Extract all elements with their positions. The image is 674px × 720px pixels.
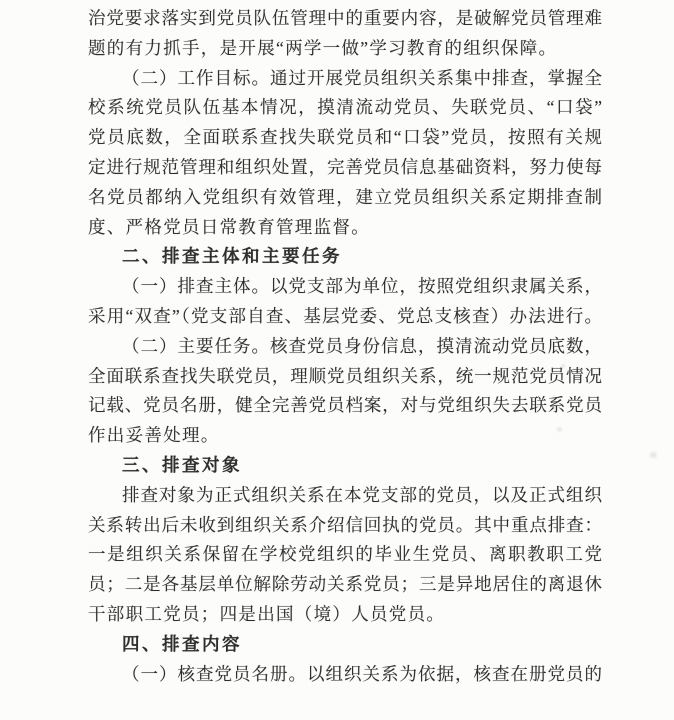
document-page: 治党要求落实到党员队伍管理中的重要内容，是破解党员管理难题的有力抓手，是开展“两…: [0, 0, 674, 720]
text-line: 一是组织关系保留在学校党组织的毕业生党员、离职教职工党: [88, 540, 602, 570]
text-line: 校系统党员队伍基本情况，摸清流动党员、失联党员、“口袋”: [88, 93, 602, 123]
heading-line: 三、排查对象: [88, 451, 602, 481]
text-line: 度、严格党员日常教育管理监督。: [88, 213, 602, 243]
text-line: 名党员都纳入党组织有效管理，建立党员组织关系定期排查制: [88, 183, 602, 213]
text-line: 题的有力抓手，是开展“两学一做”学习教育的组织保障。: [88, 34, 602, 64]
text-line: 作出妥善处理。: [88, 421, 602, 451]
text-line: 干部职工党员；四是出国（境）人员党员。: [88, 600, 602, 630]
document-text-block: 治党要求落实到党员队伍管理中的重要内容，是破解党员管理难题的有力抓手，是开展“两…: [88, 4, 602, 689]
scan-speck: [561, 364, 565, 368]
scan-speck: [650, 452, 657, 458]
text-line: 记载、党员名册，健全完善党员档案，对与党组织失去联系党员: [88, 391, 602, 421]
heading-line: 二、排查主体和主要任务: [88, 242, 602, 272]
text-line: 排查对象为正式组织关系在本党支部的党员，以及正式组织: [88, 481, 602, 511]
text-line: 定进行规范管理和组织处置，完善党员信息基础资料，努力使每: [88, 153, 602, 183]
text-line: （一）排查主体。以党支部为单位，按照党组织隶属关系，: [88, 272, 602, 302]
text-line: 治党要求落实到党员队伍管理中的重要内容，是破解党员管理难: [88, 4, 602, 34]
text-line: （二）工作目标。通过开展党员组织关系集中排查，掌握全: [88, 64, 602, 94]
text-line: 全面联系查找失联党员，理顺党员组织关系，统一规范党员情况: [88, 362, 602, 392]
text-line: 党员底数，全面联系查找失联党员和“口袋”党员，按照有关规: [88, 123, 602, 153]
scan-speck: [557, 427, 562, 432]
text-line: （一）核查党员名册。以组织关系为依据，核查在册党员的: [88, 660, 602, 690]
text-line: 关系转出后未收到组织关系介绍信回执的党员。其中重点排查：: [88, 511, 602, 541]
text-line: （二）主要任务。核查党员身份信息，摸清流动党员底数，: [88, 332, 602, 362]
text-line: 员；二是各基层单位解除劳动关系党员；三是异地居住的离退休: [88, 570, 602, 600]
heading-line: 四、排查内容: [88, 630, 602, 660]
text-line: 采用“双查”（党支部自查、基层党委、党总支核查）办法进行。: [88, 302, 602, 332]
